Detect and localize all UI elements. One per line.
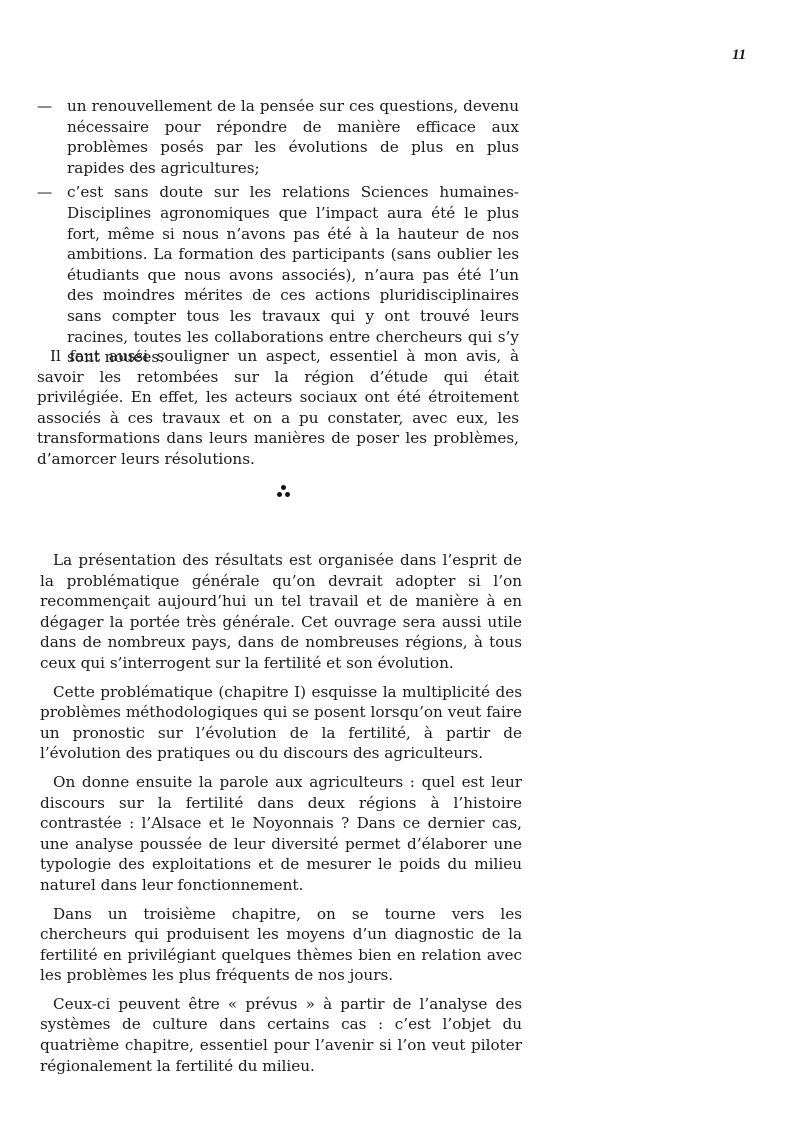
bullet-text: c’est sans doute sur les relations Scien… (67, 183, 519, 366)
bullet-list: — un renouvellement de la pensée sur ces… (37, 96, 519, 372)
paragraph: Dans un troisième chapitre, on se tourne… (40, 904, 522, 986)
paragraph: Cette problématique (chapitre I) esquiss… (40, 682, 522, 764)
paragraph: Ceux-ci peuvent être « prévus » à partir… (40, 994, 522, 1076)
paragraph: On donne ensuite la parole aux agriculte… (40, 772, 522, 896)
em-dash-bullet: — (37, 96, 52, 117)
bullet-text: un renouvellement de la pensée sur ces q… (67, 97, 519, 177)
bullet-item: — c’est sans doute sur les relations Sci… (37, 182, 519, 367)
paragraph: Il faut aussi souligner un aspect, essen… (37, 346, 519, 470)
asterism-icon (276, 484, 294, 500)
page-number: 11 (732, 47, 746, 64)
em-dash-bullet: — (37, 182, 52, 203)
paragraph: La présentation des résultats est organi… (40, 550, 522, 674)
section-two: La présentation des résultats est organi… (40, 550, 522, 1084)
section-one: Il faut aussi souligner un aspect, essen… (37, 346, 519, 478)
bullet-item: — un renouvellement de la pensée sur ces… (37, 96, 519, 178)
